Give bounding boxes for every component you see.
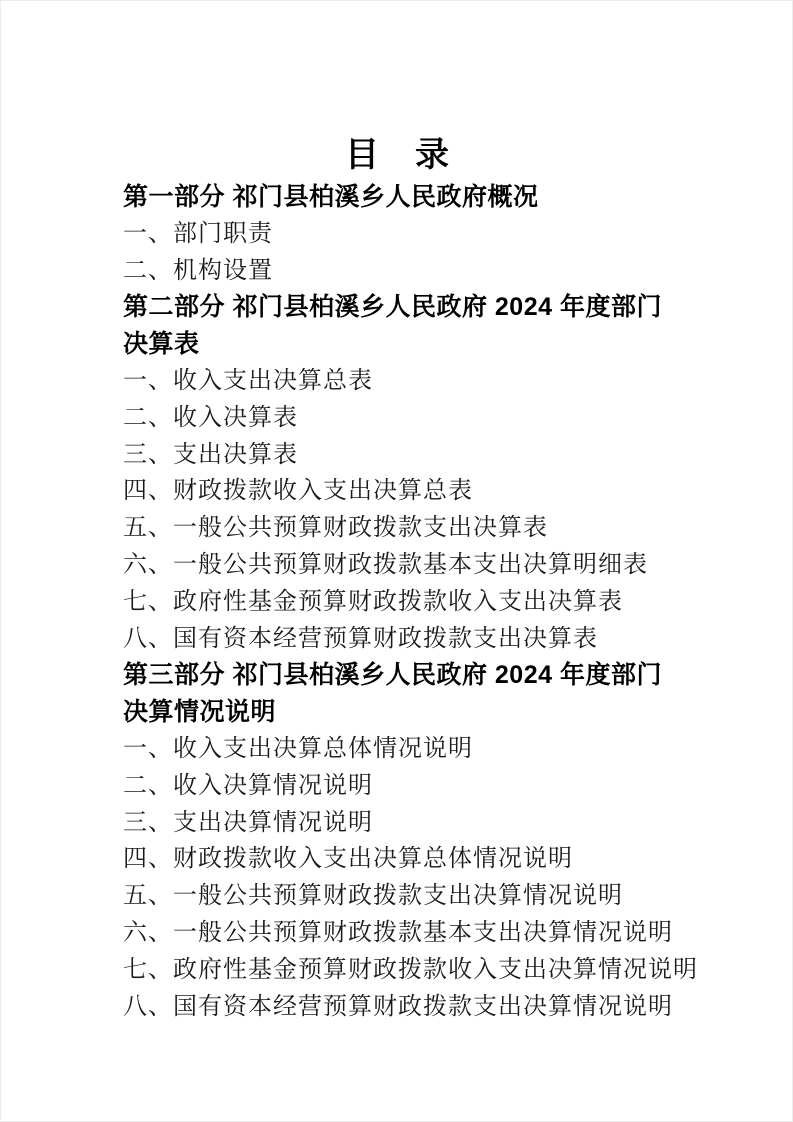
toc-item: 七、政府性基金预算财政拨款收入支出决算情况说明 — [123, 952, 672, 989]
toc-list: 第一部分 祁门县柏溪乡人民政府概况一、部门职责二、机构设置第二部分 祁门县柏溪乡… — [123, 179, 672, 1025]
toc-item: 三、支出决算情况说明 — [123, 805, 672, 842]
toc-item: 六、一般公共预算财政拨款基本支出决算情况说明 — [123, 915, 672, 952]
toc-item: 二、收入决算情况说明 — [123, 768, 672, 805]
toc-item: 二、收入决算表 — [123, 400, 672, 437]
toc-content: 目 录 第一部分 祁门县柏溪乡人民政府概况一、部门职责二、机构设置第二部分 祁门… — [1, 1, 792, 1025]
toc-item: 五、一般公共预算财政拨款支出决算表 — [123, 510, 672, 547]
toc-item: 八、国有资本经营预算财政拨款支出决算表 — [123, 621, 672, 658]
toc-item: 一、部门职责 — [123, 216, 672, 253]
toc-item: 四、财政拨款收入支出决算总表 — [123, 473, 672, 510]
document-page: 目 录 第一部分 祁门县柏溪乡人民政府概况一、部门职责二、机构设置第二部分 祁门… — [0, 0, 793, 1122]
toc-section-heading: 第二部分 祁门县柏溪乡人民政府 2024 年度部门决算表 — [123, 289, 672, 363]
toc-title: 目 录 — [123, 132, 672, 179]
toc-section-heading: 第三部分 祁门县柏溪乡人民政府 2024 年度部门决算情况说明 — [123, 657, 672, 731]
toc-section-heading: 第一部分 祁门县柏溪乡人民政府概况 — [123, 179, 672, 216]
toc-item: 三、支出决算表 — [123, 437, 672, 474]
toc-item: 一、收入支出决算总表 — [123, 363, 672, 400]
toc-item: 八、国有资本经营预算财政拨款支出决算情况说明 — [123, 989, 672, 1026]
toc-item: 一、收入支出决算总体情况说明 — [123, 731, 672, 768]
toc-item: 二、机构设置 — [123, 253, 672, 290]
toc-item: 七、政府性基金预算财政拨款收入支出决算表 — [123, 584, 672, 621]
toc-item: 五、一般公共预算财政拨款支出决算情况说明 — [123, 878, 672, 915]
toc-item: 六、一般公共预算财政拨款基本支出决算明细表 — [123, 547, 672, 584]
toc-item: 四、财政拨款收入支出决算总体情况说明 — [123, 841, 672, 878]
